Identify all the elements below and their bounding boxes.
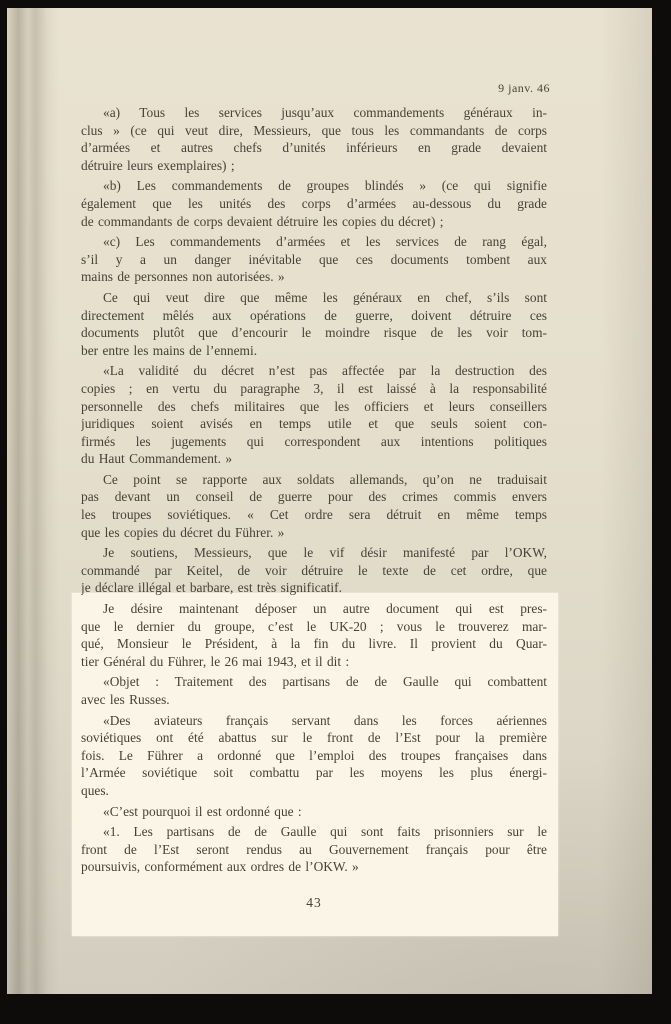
header-date: 9 janv. 46: [81, 81, 550, 96]
text-line: ber entre les mains de l’ennemi.: [81, 342, 547, 360]
text-line: également que les unités des corps d’arm…: [81, 195, 547, 213]
text-line: avec les Russes.: [81, 691, 547, 709]
text-line: clus » (ce qui veut dire, Messieurs, que…: [81, 122, 547, 140]
text-line: «a) Tous les services jusqu’aux commande…: [81, 104, 547, 122]
text-line: du Haut Commandement. »: [81, 450, 547, 468]
text-line: s’il y a un danger inévitable que ces do…: [81, 251, 547, 269]
text-line: tier Général du Führer, le 26 mai 1943, …: [81, 653, 547, 671]
paragraph: Ce qui veut dire que même les généraux e…: [81, 289, 547, 359]
text-line: mains de personnes non autorisées. »: [81, 268, 547, 286]
text-line: front de l’Est seront rendus au Gouverne…: [81, 841, 547, 859]
text-line: fois. Le Führer a ordonné que l’emploi d…: [81, 747, 547, 765]
text-line: «c) Les commandements d’armées et les se…: [81, 233, 547, 251]
paragraph: «b) Les commandements de groupes blindés…: [81, 177, 547, 230]
text-line: que le dernier du groupe, c’est le UK-20…: [81, 618, 547, 636]
text-line: «1. Les partisans de de Gaulle qui sont …: [81, 823, 547, 841]
text-line: copies ; en vertu du paragraphe 3, il es…: [81, 380, 547, 398]
text-line: personnelle des chefs militaires que les…: [81, 398, 547, 416]
paragraph-highlighted: «1. Les partisans de de Gaulle qui sont …: [81, 823, 547, 876]
text-line: ques.: [81, 782, 547, 800]
text-line: Ce qui veut dire que même les généraux e…: [81, 289, 547, 307]
text-line: les troupes soviétiques. « Cet ordre ser…: [81, 506, 547, 524]
text-line: «La validité du décret n’est pas affecté…: [81, 362, 547, 380]
text-line: de commandants de corps devaient détruir…: [81, 213, 547, 231]
page-number: 43: [81, 895, 547, 911]
text-line: l’Armée soviétique soit combattu par les…: [81, 764, 547, 782]
paragraph: «a) Tous les services jusqu’aux commande…: [81, 104, 547, 174]
paragraph: «La validité du décret n’est pas affecté…: [81, 362, 547, 468]
text-line: je déclare illégal et barbare, est très …: [81, 579, 547, 597]
paragraph: «c) Les commandements d’armées et les se…: [81, 233, 547, 286]
text-line: Je désire maintenant déposer un autre do…: [81, 600, 547, 618]
text-line: commandé par Keitel, de voir détruire le…: [81, 562, 547, 580]
text-line: documents plutôt que d’encourir le moind…: [81, 324, 547, 342]
text-line: juridiques soient avisés en temps utile …: [81, 415, 547, 433]
text-line: «Objet : Traitement des partisans de de …: [81, 673, 547, 691]
text-line: qué, Monsieur le Président, à la fin du …: [81, 635, 547, 653]
text-line: «b) Les commandements de groupes blindés…: [81, 177, 547, 195]
scan-frame: 9 janv. 46 «a) Tous les services jusqu’a…: [0, 0, 671, 1024]
gutter-shadow: [7, 8, 59, 994]
text-line: firmés les jugements qui correspondent a…: [81, 433, 547, 451]
text-line: soviétiques ont été abattus sur le front…: [81, 729, 547, 747]
text-line: d’armées et autres chefs d’unités inféri…: [81, 139, 547, 157]
text-line: «Des aviateurs français servant dans les…: [81, 712, 547, 730]
paragraph-highlighted: «Objet : Traitement des partisans de de …: [81, 673, 547, 708]
text-line: Je soutiens, Messieurs, que le vif désir…: [81, 544, 547, 562]
paragraph: Ce point se rapporte aux soldats alleman…: [81, 471, 547, 541]
text-line: pas devant un conseil de guerre pour des…: [81, 488, 547, 506]
paragraph: Je soutiens, Messieurs, que le vif désir…: [81, 544, 547, 597]
page-text: «a) Tous les services jusqu’aux commande…: [81, 104, 547, 876]
paragraph-highlighted: «Des aviateurs français servant dans les…: [81, 712, 547, 800]
text-line: que les copies du décret du Führer. »: [81, 524, 547, 542]
text-line: Ce point se rapporte aux soldats alleman…: [81, 471, 547, 489]
paragraph-highlighted: Je désire maintenant déposer un autre do…: [81, 600, 547, 670]
paragraph-highlighted: «C’est pourquoi il est ordonné que :: [81, 803, 547, 821]
text-line: détruire leurs exemplaires) ;: [81, 157, 547, 175]
text-line: directement mêlés aux opérations de guer…: [81, 307, 547, 325]
text-line: poursuivis, conformément aux ordres de l…: [81, 858, 547, 876]
text-line: «C’est pourquoi il est ordonné que :: [81, 803, 547, 821]
